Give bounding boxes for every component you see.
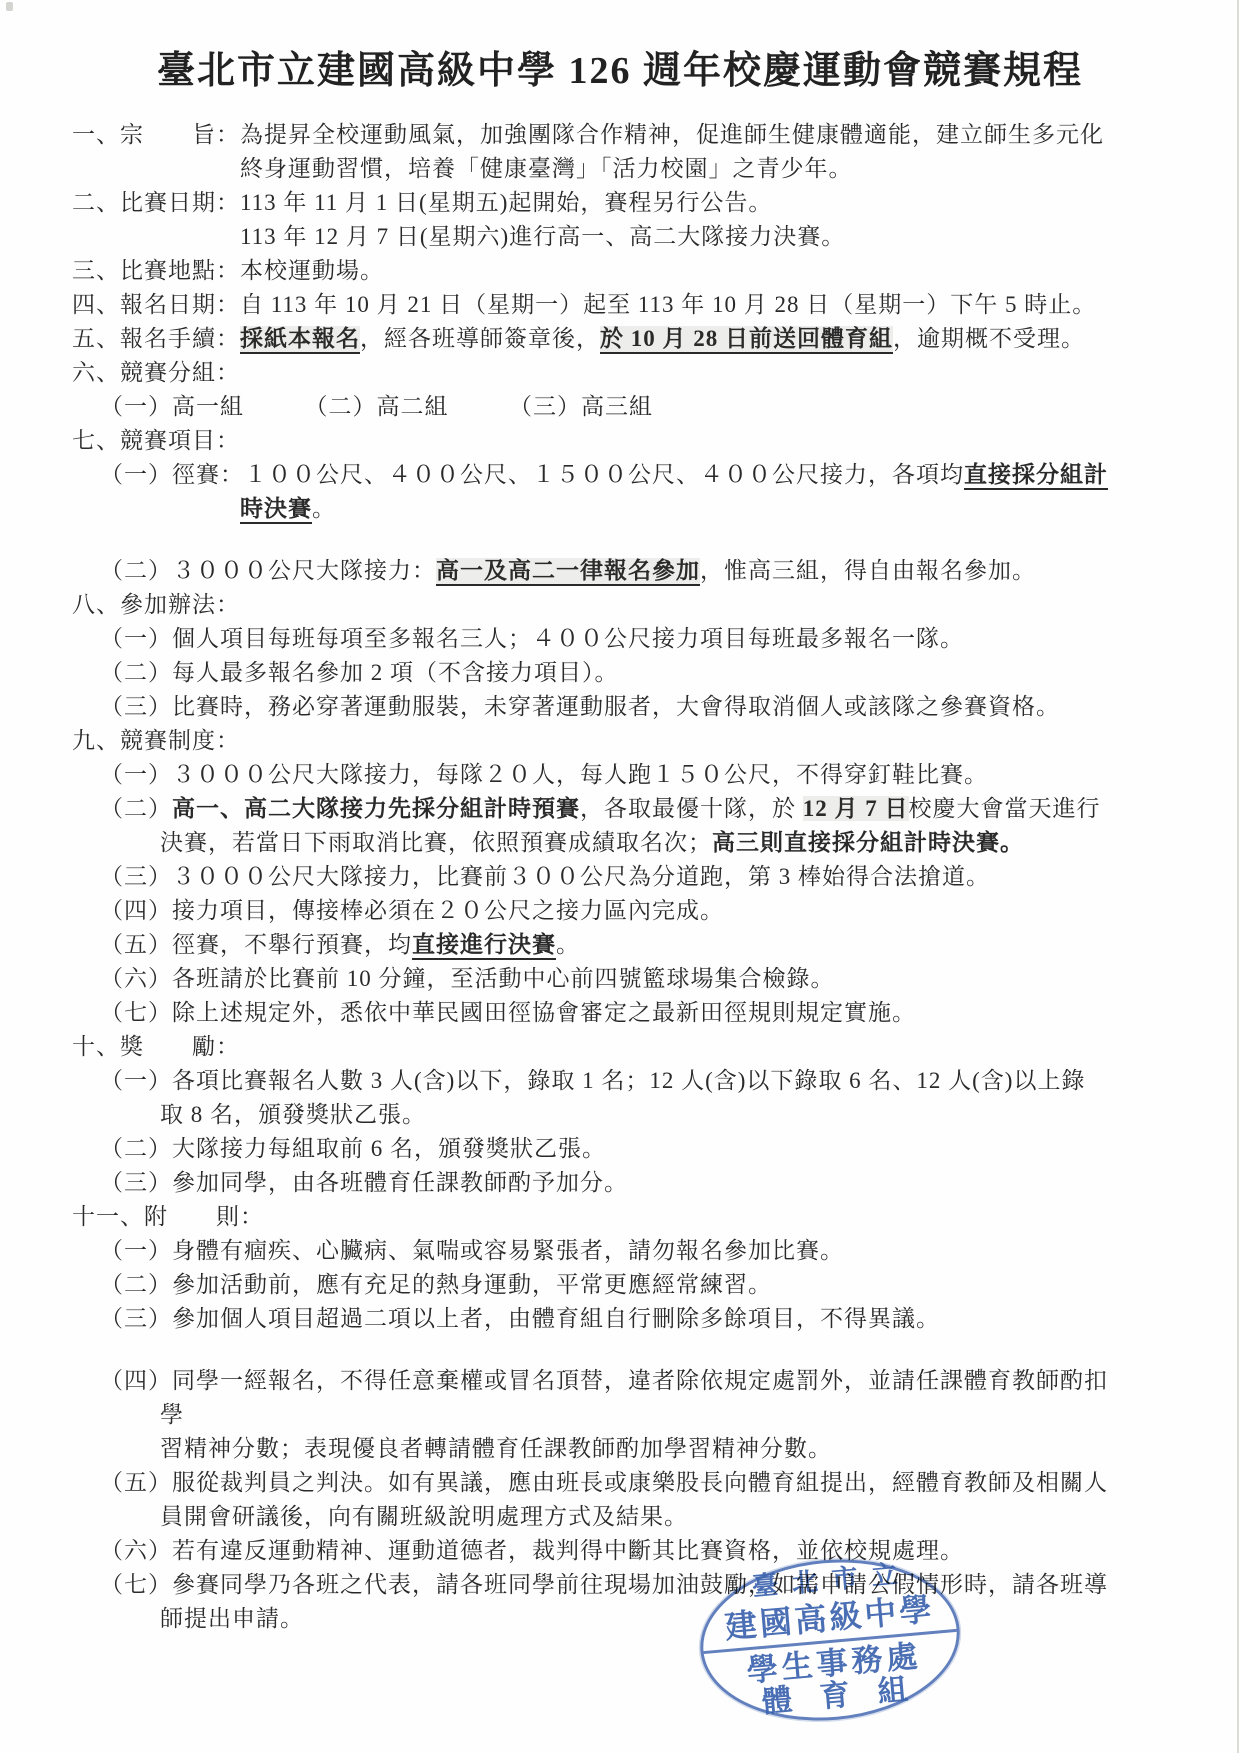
text-segment: ，各取最優十隊，於	[580, 796, 803, 821]
scan-speck-artifact	[6, 2, 13, 11]
text-segment: （六）各班請於比賽前 10 分鐘，至活動中心前四號籃球場集合檢錄。	[100, 966, 835, 991]
text-segment: （一）３０００公尺大隊接力，每隊２０人，每人跑１５０公尺，不得穿釘鞋比賽。	[100, 762, 988, 787]
text-segment: 於 10 月 28 日前送回體育組	[600, 326, 893, 354]
text-line: （四）接力項目，傳接棒必須在２０公尺之接力區內完成。	[0, 894, 1240, 928]
text-line: 九、競賽制度：	[0, 724, 1240, 758]
text-segment: （六）若有違反運動精神、運動道德者，裁判得中斷其比賽資格，並依校規處理。	[100, 1538, 964, 1563]
page-title: 臺北市立建國高級中學 126 週年校慶運動會競賽規程	[0, 0, 1240, 96]
text-segment: 九、競賽制度：	[72, 728, 240, 753]
blank-gap	[0, 526, 1240, 554]
text-line: 習精神分數；表現優良者轉請體育任課教師酌加學習精神分數。	[0, 1432, 1240, 1466]
text-segment: （二）	[100, 796, 172, 821]
text-segment: 取 8 名，頒發獎狀乙張。	[160, 1102, 426, 1127]
text-segment: 高三則直接採分組計時決賽。	[712, 830, 1024, 855]
document-body: 一、宗 旨：為提昇全校運動風氣，加強團隊合作精神，促進師生健康體適能，建立師生多…	[0, 118, 1240, 1636]
text-line: 取 8 名，頒發獎狀乙張。	[0, 1098, 1240, 1132]
blank-gap	[0, 1336, 1240, 1364]
text-segment: 高一及高二一律報名參加	[436, 558, 700, 586]
text-line: （二）高一、高二大隊接力先採分組計時預賽，各取最優十隊，於 12 月 7 日校慶…	[0, 792, 1240, 826]
text-segment: 四、報名日期：自 113 年 10 月 21 日（星期一）起至 113 年 10…	[72, 292, 1096, 317]
text-line: （一）３０００公尺大隊接力，每隊２０人，每人跑１５０公尺，不得穿釘鞋比賽。	[0, 758, 1240, 792]
text-line: （二）每人最多報名參加 2 項（不含接力項目）。	[0, 656, 1240, 690]
text-line: （七）除上述規定外，悉依中華民國田徑協會審定之最新田徑規則規定實施。	[0, 996, 1240, 1030]
text-line: （二）參加活動前，應有充足的熱身運動，平常更應經常練習。	[0, 1268, 1240, 1302]
text-line: （一）各項比賽報名人數 3 人(含)以下，錄取 1 名；12 人(含)以下錄取 …	[0, 1064, 1240, 1098]
text-segment: （四）同學一經報名，不得任意棄權或冒名頂替，違者除依規定處罰外，並請任課體育教師…	[100, 1368, 1108, 1393]
text-segment: （二）每人最多報名參加 2 項（不含接力項目）。	[100, 660, 619, 685]
scan-edge-artifact	[1237, 0, 1239, 1753]
document-page: 臺北市立建國高級中學 126 週年校慶運動會競賽規程 一、宗 旨：為提昇全校運動…	[0, 0, 1240, 1753]
text-line: （三）參加個人項目超過二項以上者，由體育組自行刪除多餘項目，不得異議。	[0, 1302, 1240, 1336]
text-segment: 採紙本報名	[240, 326, 360, 354]
text-segment: 三、比賽地點：本校運動場。	[72, 258, 384, 283]
text-segment: 終身運動習慣，培養「健康臺灣」「活力校園」之青少年。	[240, 156, 853, 181]
text-segment: （一）徑賽：１００公尺、４００公尺、１５００公尺、４００公尺接力，各項均	[100, 462, 964, 487]
text-segment: （三）３０００公尺大隊接力，比賽前３００公尺為分道跑，第 3 棒始得合法搶道。	[100, 864, 990, 889]
text-line: （四）同學一經報名，不得任意棄權或冒名頂替，違者除依規定處罰外，並請任課體育教師…	[0, 1364, 1240, 1398]
text-segment: 。	[556, 932, 580, 957]
text-segment: 直接進行決賽	[412, 932, 556, 960]
text-segment: 。	[312, 496, 336, 521]
text-line: 十、獎 勵：	[0, 1030, 1240, 1064]
text-segment: （一）身體有痼疾、心臟病、氣喘或容易緊張者，請勿報名參加比賽。	[100, 1238, 844, 1263]
text-line: （一）徑賽：１００公尺、４００公尺、１５００公尺、４００公尺接力，各項均直接採分…	[0, 458, 1240, 492]
stamp-line-office: 學生事務處	[701, 1637, 963, 1691]
text-line: （一）身體有痼疾、心臟病、氣喘或容易緊張者，請勿報名參加比賽。	[0, 1234, 1240, 1268]
text-line: （五）服從裁判員之判決。如有異議，應由班長或康樂股長向體育組提出，經體育教師及相…	[0, 1466, 1240, 1500]
text-segment: 校慶大會當天進行	[909, 796, 1101, 821]
text-segment: 高一、高二大隊接力先採分組計時預賽	[172, 796, 580, 821]
text-segment: 學	[160, 1402, 184, 1427]
text-segment: （一）各項比賽報名人數 3 人(含)以下，錄取 1 名；12 人(含)以下錄取 …	[100, 1068, 1085, 1093]
text-line: （七）參賽同學乃各班之代表，請各班同學前往現場加油鼓勵，如需申請公假情形時，請各…	[0, 1568, 1240, 1602]
text-line: 五、報名手續：採紙本報名，經各班導師簽章後，於 10 月 28 日前送回體育組，…	[0, 322, 1240, 356]
text-segment: （二）３０００公尺大隊接力：	[100, 558, 436, 583]
text-line: 六、競賽分組：	[0, 356, 1240, 390]
text-line: （二）大隊接力每組取前 6 名，頒發獎狀乙張。	[0, 1132, 1240, 1166]
text-line: （六）若有違反運動精神、運動道德者，裁判得中斷其比賽資格，並依校規處理。	[0, 1534, 1240, 1568]
text-line: 學	[0, 1398, 1240, 1432]
text-segment: （四）接力項目，傳接棒必須在２０公尺之接力區內完成。	[100, 898, 724, 923]
text-segment: （二）參加活動前，應有充足的熱身運動，平常更應經常練習。	[100, 1272, 772, 1297]
text-line: （三）比賽時，務必穿著運動服裝，未穿著運動服者，大會得取消個人或該隊之參賽資格。	[0, 690, 1240, 724]
text-line: （一）高一組 （二）高二組 （三）高三組	[0, 390, 1240, 424]
text-segment: 五、報名手續：	[72, 326, 240, 351]
text-segment: （五）徑賽，不舉行預賽，均	[100, 932, 412, 957]
text-segment: （三）參加個人項目超過二項以上者，由體育組自行刪除多餘項目，不得異議。	[100, 1306, 940, 1331]
text-line: 決賽，若當日下雨取消比賽，依照預賽成績取名次；高三則直接採分組計時決賽。	[0, 826, 1240, 860]
text-segment: （一）個人項目每班每項至多報名三人；４００公尺接力項目每班最多報名一隊。	[100, 626, 964, 651]
text-segment: （七）除上述規定外，悉依中華民國田徑協會審定之最新田徑規則規定實施。	[100, 1000, 916, 1025]
text-segment: （三）參加同學，由各班體育任課教師酌予加分。	[100, 1170, 628, 1195]
text-line: 師提出申請。	[0, 1602, 1240, 1636]
text-line: 終身運動習慣，培養「健康臺灣」「活力校園」之青少年。	[0, 152, 1240, 186]
text-segment: 直接採分組計	[964, 462, 1108, 490]
text-segment: ，逾期概不受理。	[893, 326, 1085, 351]
text-line: 八、參加辦法：	[0, 588, 1240, 622]
text-segment: 十、獎 勵：	[72, 1034, 240, 1059]
text-segment: 一、宗 旨：為提昇全校運動風氣，加強團隊合作精神，促進師生健康體適能，建立師生多…	[72, 122, 1104, 147]
stamp-line-section: 體育組	[704, 1671, 966, 1724]
text-segment: 十一、附 則：	[72, 1204, 264, 1229]
text-line: 時決賽。	[0, 492, 1240, 526]
text-line: 一、宗 旨：為提昇全校運動風氣，加強團隊合作精神，促進師生健康體適能，建立師生多…	[0, 118, 1240, 152]
text-segment: 12 月 7 日	[803, 796, 909, 821]
text-line: 七、競賽項目：	[0, 424, 1240, 458]
text-segment: （一）高一組 （二）高二組 （三）高三組	[100, 394, 653, 419]
text-line: 二、比賽日期：113 年 11 月 1 日(星期五)起開始，賽程另行公告。	[0, 186, 1240, 220]
text-line: 員開會研議後，向有關班級說明處理方式及結果。	[0, 1500, 1240, 1534]
text-segment: 七、競賽項目：	[72, 428, 240, 453]
text-segment: 二、比賽日期：113 年 11 月 1 日(星期五)起開始，賽程另行公告。	[72, 190, 772, 215]
text-line: 十一、附 則：	[0, 1200, 1240, 1234]
text-segment: ，惟高三組，得自由報名參加。	[700, 558, 1036, 583]
text-segment: （七）參賽同學乃各班之代表，請各班同學前往現場加油鼓勵，如需申請公假情形時，請各…	[100, 1572, 1108, 1597]
text-line: 三、比賽地點：本校運動場。	[0, 254, 1240, 288]
text-line: （三）３０００公尺大隊接力，比賽前３００公尺為分道跑，第 3 棒始得合法搶道。	[0, 860, 1240, 894]
text-segment: 習精神分數；表現優良者轉請體育任課教師酌加學習精神分數。	[160, 1436, 832, 1461]
text-line: （一）個人項目每班每項至多報名三人；４００公尺接力項目每班最多報名一隊。	[0, 622, 1240, 656]
text-segment: （五）服從裁判員之判決。如有異議，應由班長或康樂股長向體育組提出，經體育教師及相…	[100, 1470, 1108, 1495]
text-segment: 員開會研議後，向有關班級說明處理方式及結果。	[160, 1504, 688, 1529]
text-segment: 時決賽	[240, 496, 312, 524]
text-segment: ，經各班導師簽章後，	[360, 326, 600, 351]
text-segment: （三）比賽時，務必穿著運動服裝，未穿著運動服者，大會得取消個人或該隊之參賽資格。	[100, 694, 1060, 719]
text-segment: 八、參加辦法：	[72, 592, 240, 617]
text-line: 113 年 12 月 7 日(星期六)進行高一、高二大隊接力決賽。	[0, 220, 1240, 254]
text-segment: （二）大隊接力每組取前 6 名，頒發獎狀乙張。	[100, 1136, 606, 1161]
text-segment: 決賽，若當日下雨取消比賽，依照預賽成績取名次；	[160, 830, 712, 855]
text-line: （五）徑賽，不舉行預賽，均直接進行決賽。	[0, 928, 1240, 962]
text-segment: 師提出申請。	[160, 1606, 304, 1631]
text-line: （三）參加同學，由各班體育任課教師酌予加分。	[0, 1166, 1240, 1200]
text-line: （六）各班請於比賽前 10 分鐘，至活動中心前四號籃球場集合檢錄。	[0, 962, 1240, 996]
text-line: （二）３０００公尺大隊接力：高一及高二一律報名參加，惟高三組，得自由報名參加。	[0, 554, 1240, 588]
text-segment: 113 年 12 月 7 日(星期六)進行高一、高二大隊接力決賽。	[240, 224, 845, 249]
text-segment: 六、競賽分組：	[72, 360, 240, 385]
text-line: 四、報名日期：自 113 年 10 月 21 日（星期一）起至 113 年 10…	[0, 288, 1240, 322]
